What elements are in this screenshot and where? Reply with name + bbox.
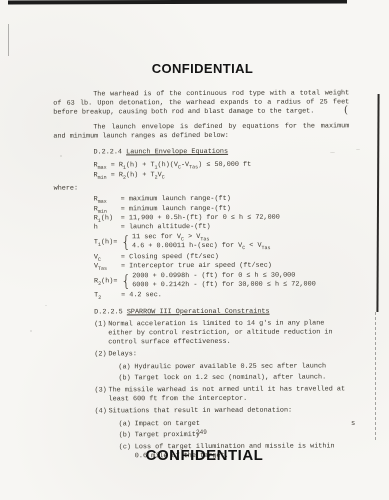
section-number: D.2.2.4 — [93, 148, 122, 156]
launch-envelope-equations: Rmax = R1(h) + T1(h)(VC-VTas) ≤ 50,000 f… — [93, 160, 349, 181]
piecewise-line: 6000 + 0.2142h - (ft) for 30,000 ≤ h ≤ 7… — [132, 281, 316, 291]
classification-banner-top: CONFIDENTIAL — [8, 61, 389, 76]
section-title: Launch Envelope Equations — [126, 148, 228, 156]
paragraph-launch-envelope: The launch envelope is defined by equati… — [53, 122, 349, 142]
section-heading-d225: D.2.2.5 SPARROW III Operational Constrai… — [94, 307, 350, 317]
definition-term: T1(h)= — [94, 238, 121, 247]
item-text: Normal acceleration is limited to 14 g's… — [108, 319, 350, 348]
item-text: Situations that result in warhead detona… — [109, 407, 351, 417]
left-brace: { — [121, 274, 131, 290]
definition-row: T2 = 4.2 sec. — [94, 291, 350, 301]
subitem-text: Target proximity — [135, 431, 351, 441]
constraint-item: (3) The missile warhead is not armed unt… — [94, 385, 350, 405]
definition-row-piecewise: R2(h)= { 2000 + 0.0998h - (ft) for 0 ≤ h… — [94, 271, 350, 291]
section-heading-d224: D.2.2.4 Launch Envelope Equations — [93, 147, 349, 157]
scan-artifact-right-line — [376, 94, 379, 312]
subitem-marker: (b) — [118, 375, 134, 384]
scan-artifact-left-tick — [8, 24, 9, 56]
constraint-item: (4) Situations that result in warhead de… — [95, 407, 351, 417]
subitem-text: Hydraulic power available 0.25 sec after… — [134, 362, 350, 372]
operational-constraints-list: (1) Normal acceleration is limited to 14… — [94, 319, 351, 462]
equation-rmin: Rmin = R2(h) + T2VC — [94, 170, 350, 181]
subitem-marker: (a) — [118, 363, 134, 372]
subitem-marker: (a) — [119, 420, 135, 429]
item-text: Delays: — [108, 350, 350, 360]
definition-term: h — [94, 223, 121, 232]
paper-speck — [45, 305, 47, 306]
scan-artifact-top-band — [8, 0, 347, 4]
definition-value: = 4.2 sec. — [121, 291, 350, 301]
definition-value: = launch altitude-(ft) — [121, 222, 350, 232]
constraint-subitem: (b) Target lock on 1.2 sec (nominal), af… — [118, 374, 350, 384]
document-body: The warhead is of the continuous rod typ… — [53, 89, 351, 464]
paper-speck — [356, 149, 360, 150]
definition-term: R2(h)= — [94, 277, 121, 286]
paper-speck — [30, 330, 32, 332]
subitem-text: Impact on target — [135, 419, 351, 429]
constraint-subitem: (a) Hydraulic power available 0.25 sec a… — [118, 362, 350, 372]
scanned-document-page: ( s CONFIDENTIAL The warhead is of the c… — [0, 0, 389, 500]
item-marker: (3) — [94, 386, 108, 404]
definition-term: VTas — [94, 262, 121, 271]
definition-term: Rmin — [94, 205, 121, 214]
constraint-subitem: (a) Impact on target — [119, 419, 351, 429]
definition-term: Rmax — [94, 196, 121, 205]
definition-row: h = launch altitude-(ft) — [94, 222, 350, 232]
definition-row-piecewise: T1(h)= { 11 sec for VC > VTas 4.6 + 0.00… — [94, 233, 350, 253]
item-marker: (1) — [94, 320, 108, 348]
classification-banner-bottom: CONFIDENTIAL — [10, 447, 389, 464]
subitem-text: Target lock on 1.2 sec (nominal), after … — [134, 374, 350, 384]
definition-value: = Interceptor true air speed (ft/sec) — [121, 261, 350, 271]
constraint-item: (1) Normal acceleration is limited to 14… — [94, 319, 350, 348]
item-marker: (2) — [94, 351, 108, 360]
constraint-subitem: (b) Target proximity — [119, 431, 351, 441]
subitem-marker: (b) — [119, 432, 135, 441]
symbol-definitions: Rmax = maximum launch range-(ft) Rmin = … — [94, 195, 350, 301]
where-label: where: — [54, 184, 350, 194]
item-text: The missile warhead is not armed until i… — [108, 385, 350, 404]
definition-term: T2 — [94, 292, 121, 301]
paragraph-warhead: The warhead is of the continuous rod typ… — [53, 89, 349, 118]
constraint-item: (2) Delays: — [94, 350, 350, 360]
definition-term: R1(h) — [94, 214, 121, 223]
constraint-subitems: (a) Hydraulic power available 0.25 sec a… — [118, 362, 350, 384]
definition-term: VC — [94, 253, 121, 262]
piecewise-lines: 2000 + 0.0998h - (ft) for 0 ≤ h ≤ 30,000… — [132, 272, 316, 291]
scan-artifact-right-line-dashed — [375, 312, 376, 440]
left-brace: { — [121, 235, 131, 251]
item-marker: (4) — [95, 408, 109, 417]
page-number: 249 — [196, 429, 207, 436]
piecewise-line: 4.6 + 0.00011 h-(sec) for VC < VTas — [132, 242, 271, 252]
section-title: SPARROW III Operational Constraints — [127, 307, 270, 316]
definition-row: VTas = Interceptor true air speed (ft/se… — [94, 261, 350, 271]
ink-mark-bottom-right: s — [351, 420, 355, 428]
piecewise-lines: 11 sec for VC > VTas 4.6 + 0.00011 h-(se… — [132, 233, 271, 252]
section-number: D.2.2.5 — [94, 308, 123, 316]
